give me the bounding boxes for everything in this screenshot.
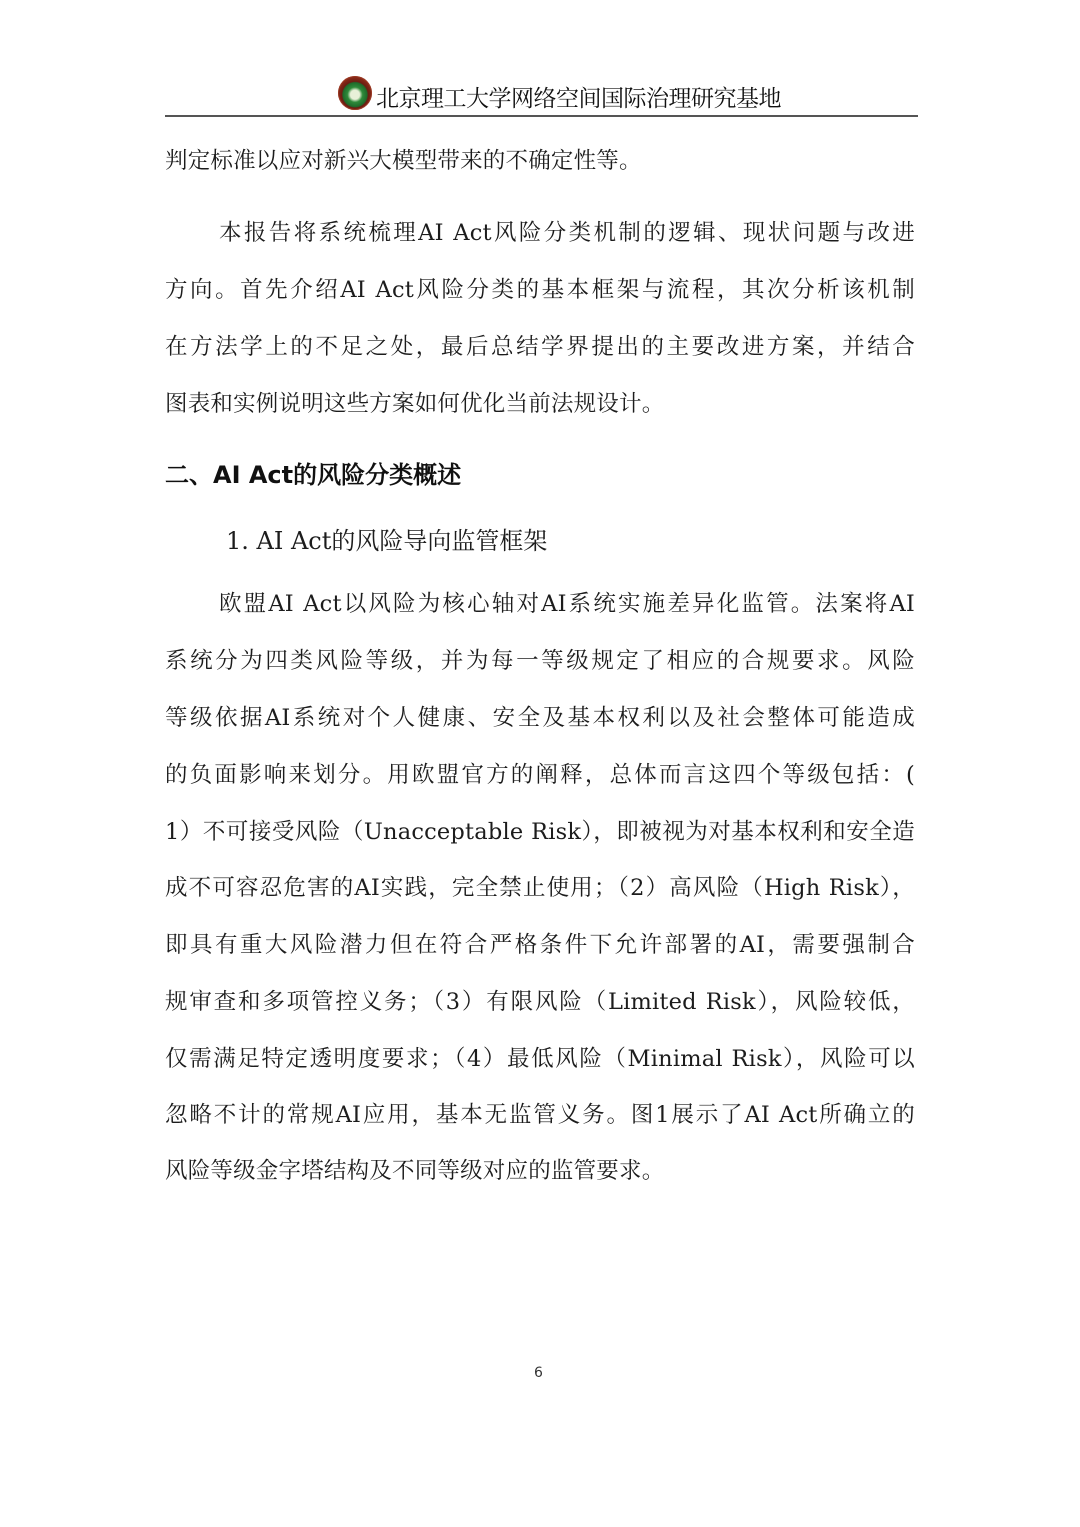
body-text-line: 规审查和多项管控义务；（3）有限风险（Limited Risk），风险较低， <box>165 984 915 1016</box>
section-heading: 二、AI Act的风险分类概述 <box>165 455 461 490</box>
body-text-line: 欧盟AI Act以风险为核心轴对AI系统实施差异化监管。法案将AI <box>219 586 915 618</box>
body-text-line: 本报告将系统梳理AI Act风险分类机制的逻辑、现状问题与改进 <box>219 215 915 247</box>
university-emblem-icon <box>338 76 372 110</box>
body-text-line: 在方法学上的不足之处，最后总结学界提出的主要改进方案，并结合 <box>165 329 915 361</box>
body-text-line: 仅需满足特定透明度要求；（4）最低风险（Minimal Risk），风险可以 <box>165 1041 915 1073</box>
body-text-line: 忽略不计的常规AI应用，基本无监管义务。图1展示了AI Act所确立的 <box>165 1097 915 1129</box>
page-number: 6 <box>534 1365 543 1381</box>
body-text-line: 系统分为四类风险等级，并为每一等级规定了相应的合规要求。风险 <box>165 643 915 675</box>
header-divider <box>165 115 918 117</box>
body-text-line: 风险等级金字塔结构及不同等级对应的监管要求。 <box>165 1153 664 1185</box>
body-text-line: 等级依据AI系统对个人健康、安全及基本权利以及社会整体可能造成 <box>165 700 915 732</box>
body-text-line: 图表和实例说明这些方案如何优化当前法规设计。 <box>165 386 664 418</box>
body-text-line: 的负面影响来划分。用欧盟官方的阐释，总体而言这四个等级包括：( <box>165 757 915 789</box>
body-text-line: 判定标准以应对新兴大模型带来的不确定性等。 <box>165 143 642 175</box>
body-text-line: 即具有重大风险潜力但在符合严格条件下允许部署的AI，需要强制合 <box>165 927 915 959</box>
header-title: 北京理工大学网络空间国际治理研究基地 <box>376 80 781 113</box>
body-text-line: 方向。首先介绍AI Act风险分类的基本框架与流程，其次分析该机制 <box>165 272 915 304</box>
subsection-heading: 1. AI Act的风险导向监管框架 <box>226 521 547 556</box>
body-text-line: 成不可容忍危害的AI实践，完全禁止使用；（2）高风险（High Risk）， <box>165 870 915 902</box>
body-text-line: 1）不可接受风险（Unacceptable Risk），即被视为对基本权利和安全… <box>165 814 915 846</box>
